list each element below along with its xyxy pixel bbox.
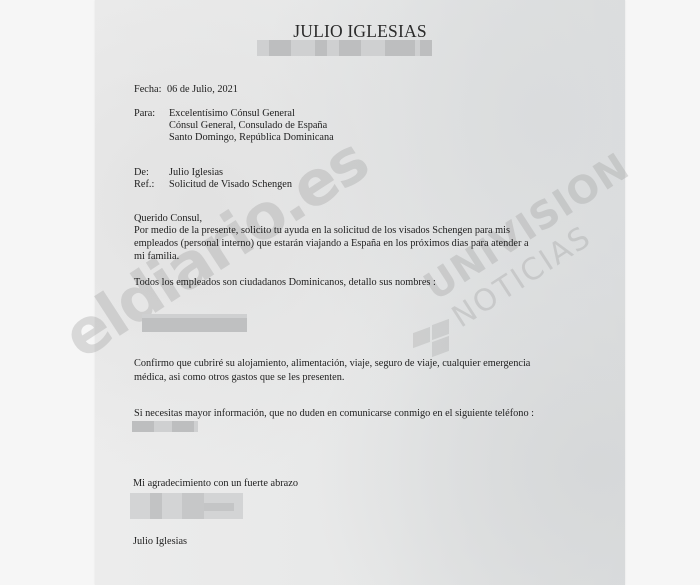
body-paragraph-1-line: Por medio de la presente, solicito tu ay… — [134, 225, 510, 236]
redacted-employee-names — [142, 314, 247, 332]
redacted-header-subline — [257, 40, 432, 56]
from-label: De: — [134, 167, 149, 178]
redacted-phone-number — [132, 421, 198, 432]
date-value: 06 de Julio, 2021 — [167, 84, 238, 95]
date-label: Fecha: — [134, 84, 161, 95]
letter-page: eldiario.es UNIVISION NOTICIAS JULIO IGL… — [95, 0, 625, 585]
ref-label: Ref.: — [134, 179, 154, 190]
from-value: Julio Iglesias — [169, 167, 223, 178]
redacted-signature — [130, 493, 243, 519]
salutation: Querido Consul, — [134, 213, 202, 224]
closing: Mi agradecimiento con un fuerte abrazo — [133, 478, 298, 489]
ref-value: Solicitud de Visado Schengen — [169, 179, 292, 190]
body-paragraph-3-line: Confirmo que cubriré su alojamiento, ali… — [134, 358, 530, 369]
body-paragraph-1-line: empleados (personal interno) que estarán… — [134, 238, 529, 249]
to-label: Para: — [134, 108, 155, 119]
body-paragraph-1-line: mi familia. — [134, 251, 179, 262]
body-paragraph-2: Todos los empleados son ciudadanos Domin… — [134, 277, 436, 288]
body-paragraph-4: Si necesitas mayor información, que no d… — [134, 408, 534, 419]
watermark-noticias: NOTICIAS — [446, 219, 598, 335]
to-line: Santo Domingo, República Dominicana — [169, 132, 334, 143]
to-line: Cónsul General, Consulado de España — [169, 120, 327, 131]
signature-name: Julio Iglesias — [133, 536, 187, 547]
univision-logo-mark — [413, 320, 453, 354]
letterhead-name: JULIO IGLESIAS — [95, 21, 625, 42]
body-paragraph-3-line: médica, asi como otros gastos que se les… — [134, 372, 344, 383]
to-line: Excelentísimo Cónsul General — [169, 108, 295, 119]
